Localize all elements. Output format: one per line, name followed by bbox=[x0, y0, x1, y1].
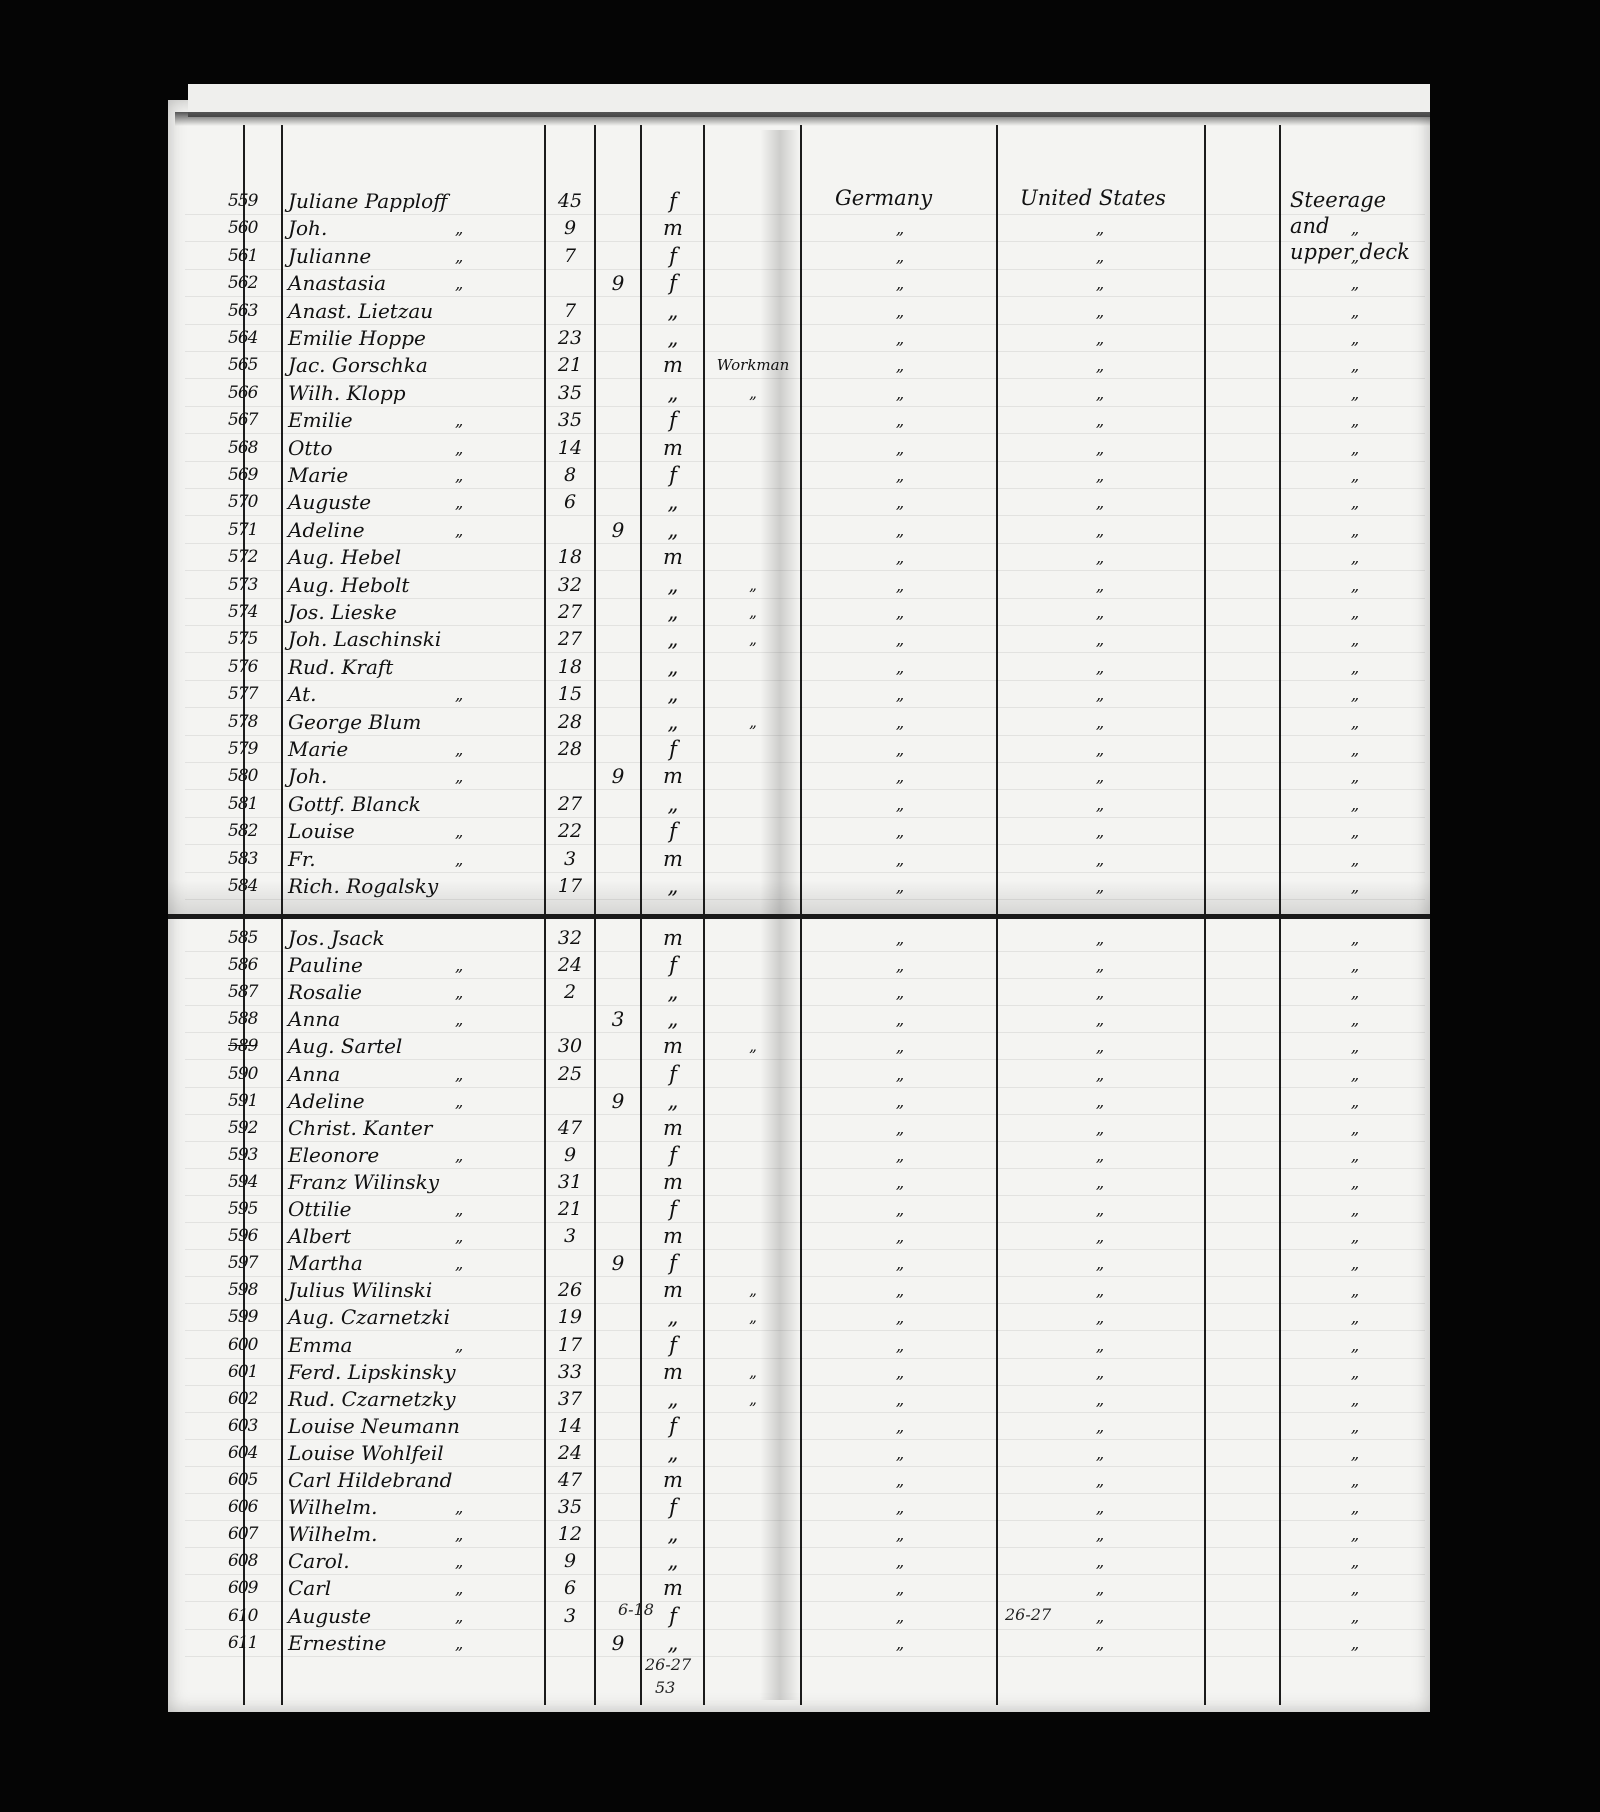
sex: f bbox=[645, 1494, 701, 1521]
cabin-ditto: „ bbox=[1285, 952, 1425, 979]
sex: „ bbox=[645, 517, 701, 544]
passenger-number: 607 bbox=[228, 1521, 280, 1548]
passenger-name: Juliane Papploff bbox=[288, 188, 538, 215]
sex: „ bbox=[645, 380, 701, 407]
occupation: „ bbox=[708, 599, 798, 626]
surname-ditto: „ bbox=[455, 1332, 475, 1359]
age-years: 19 bbox=[548, 1304, 592, 1331]
annotation-months-tally: 6-18 bbox=[618, 1600, 654, 1619]
manifest-row: 568Otto„14m„„„ bbox=[0, 435, 1600, 462]
destination-ditto: „ bbox=[1000, 352, 1200, 379]
passenger-number: 578 bbox=[228, 709, 280, 736]
age-years: 8 bbox=[548, 462, 592, 489]
passenger-number: 594 bbox=[228, 1169, 280, 1196]
destination-ditto: „ bbox=[1000, 979, 1200, 1006]
country-ditto: „ bbox=[805, 1033, 995, 1060]
passenger-number: 592 bbox=[228, 1115, 280, 1142]
passenger-name: Anna bbox=[288, 1061, 538, 1088]
cabin-ditto: „ bbox=[1285, 925, 1425, 952]
manifest-row: 591Adeline„9„„„„ bbox=[0, 1088, 1600, 1115]
country-ditto: „ bbox=[805, 352, 995, 379]
sex: „ bbox=[645, 654, 701, 681]
cabin-ditto: „ bbox=[1285, 352, 1425, 379]
destination-ditto: „ bbox=[1000, 380, 1200, 407]
cabin-ditto: „ bbox=[1285, 1169, 1425, 1196]
passenger-number: 608 bbox=[228, 1548, 280, 1575]
age-years: 14 bbox=[548, 1413, 592, 1440]
cabin-ditto: „ bbox=[1285, 1332, 1425, 1359]
destination-ditto: „ bbox=[1000, 736, 1200, 763]
manifest-row: 571Adeline„9„„„„ bbox=[0, 517, 1600, 544]
cabin-ditto: „ bbox=[1285, 709, 1425, 736]
age-years: 32 bbox=[548, 925, 592, 952]
passenger-name: Louise Wohlfeil bbox=[288, 1440, 538, 1467]
passenger-name: Adeline bbox=[288, 517, 538, 544]
surname-ditto: „ bbox=[455, 270, 475, 297]
sex: m bbox=[645, 1467, 701, 1494]
sex: „ bbox=[645, 325, 701, 352]
destination-ditto: „ bbox=[1000, 572, 1200, 599]
country-ditto: „ bbox=[805, 1630, 995, 1657]
country-ditto: „ bbox=[805, 736, 995, 763]
passenger-name: Rosalie bbox=[288, 979, 538, 1006]
destination-ditto: „ bbox=[1000, 1115, 1200, 1142]
manifest-row: 565Jac. Gorschka21mWorkman„„„ bbox=[0, 352, 1600, 379]
passenger-number: 580 bbox=[228, 763, 280, 790]
sex: „ bbox=[645, 1304, 701, 1331]
cabin-ditto: „ bbox=[1285, 1196, 1425, 1223]
manifest-row: 564Emilie Hoppe23„„„„ bbox=[0, 325, 1600, 352]
cabin-ditto: „ bbox=[1285, 979, 1425, 1006]
passenger-number: 568 bbox=[228, 435, 280, 462]
age-years: 31 bbox=[548, 1169, 592, 1196]
passenger-name: Louise Neumann bbox=[288, 1413, 538, 1440]
surname-ditto: „ bbox=[455, 1575, 475, 1602]
age-years: 25 bbox=[548, 1061, 592, 1088]
occupation: „ bbox=[708, 1277, 798, 1304]
sex: m bbox=[645, 1277, 701, 1304]
passenger-name: Aug. Hebolt bbox=[288, 572, 538, 599]
age-years: 26 bbox=[548, 1277, 592, 1304]
age-years: 47 bbox=[548, 1467, 592, 1494]
surname-ditto: „ bbox=[455, 517, 475, 544]
manifest-row: 595Ottilie„21f„„„ bbox=[0, 1196, 1600, 1223]
manifest-row: 608Carol.„9„„„„ bbox=[0, 1548, 1600, 1575]
manifest-row: 581Gottf. Blanck27„„„„ bbox=[0, 791, 1600, 818]
sex: „ bbox=[645, 791, 701, 818]
cabin-ditto: „ bbox=[1285, 1359, 1425, 1386]
age-years: 17 bbox=[548, 873, 592, 900]
country-ditto: „ bbox=[805, 1061, 995, 1088]
country-ditto: „ bbox=[805, 873, 995, 900]
cabin-ditto: „ bbox=[1285, 1521, 1425, 1548]
passenger-name: Emilie Hoppe bbox=[288, 325, 538, 352]
sex: f bbox=[645, 1196, 701, 1223]
country-ditto: „ bbox=[805, 1521, 995, 1548]
age-years: 21 bbox=[548, 1196, 592, 1223]
age-years: 15 bbox=[548, 681, 592, 708]
manifest-row: 597Martha„9f„„„ bbox=[0, 1250, 1600, 1277]
manifest-row: 610Auguste„3f„„„ bbox=[0, 1603, 1600, 1630]
destination-ditto: „ bbox=[1000, 626, 1200, 653]
destination-ditto: „ bbox=[1000, 517, 1200, 544]
manifest-row: 560Joh.„9m„„„ bbox=[0, 215, 1600, 242]
destination-ditto: „ bbox=[1000, 846, 1200, 873]
destination-ditto: „ bbox=[1000, 215, 1200, 242]
passenger-name: Aug. Sartel bbox=[288, 1033, 538, 1060]
age-years: 28 bbox=[548, 736, 592, 763]
passenger-number: 605 bbox=[228, 1467, 280, 1494]
passenger-number: 597 bbox=[228, 1250, 280, 1277]
surname-ditto: „ bbox=[455, 1223, 475, 1250]
passenger-name: Otto bbox=[288, 435, 538, 462]
passenger-number: 606 bbox=[228, 1494, 280, 1521]
passenger-number: 559 bbox=[228, 188, 280, 215]
country-ditto: „ bbox=[805, 215, 995, 242]
surname-ditto: „ bbox=[455, 681, 475, 708]
annotation-sex-tally-2: 53 bbox=[655, 1678, 675, 1697]
passenger-name: Joh. bbox=[288, 215, 538, 242]
destination-ditto: „ bbox=[1000, 1440, 1200, 1467]
surname-ditto: „ bbox=[455, 1061, 475, 1088]
cabin-ditto: „ bbox=[1285, 846, 1425, 873]
manifest-row: 574Jos. Lieske27„„„„„ bbox=[0, 599, 1600, 626]
sex: „ bbox=[645, 979, 701, 1006]
cabin-ditto: „ bbox=[1285, 435, 1425, 462]
passenger-number: 572 bbox=[228, 544, 280, 571]
country-ditto: „ bbox=[805, 979, 995, 1006]
sex: f bbox=[645, 1332, 701, 1359]
destination-ditto: „ bbox=[1000, 1630, 1200, 1657]
age-years: 18 bbox=[548, 654, 592, 681]
manifest-row: 567Emilie„35f„„„ bbox=[0, 407, 1600, 434]
passenger-number: 584 bbox=[228, 873, 280, 900]
country-ditto: „ bbox=[805, 517, 995, 544]
country-ditto: „ bbox=[805, 325, 995, 352]
annotation-sex-tally-1: 26-27 bbox=[645, 1655, 691, 1674]
destination-ditto: „ bbox=[1000, 270, 1200, 297]
page-top-shadow bbox=[175, 112, 1430, 126]
destination-ditto: „ bbox=[1000, 1548, 1200, 1575]
age-years: 24 bbox=[548, 952, 592, 979]
cabin-ditto: „ bbox=[1285, 1575, 1425, 1602]
cabin-ditto: „ bbox=[1285, 243, 1425, 270]
destination-ditto: „ bbox=[1000, 1142, 1200, 1169]
passenger-name: Adeline bbox=[288, 1088, 538, 1115]
cabin-ditto: „ bbox=[1285, 1548, 1425, 1575]
destination-ditto: „ bbox=[1000, 1332, 1200, 1359]
sex: m bbox=[645, 1223, 701, 1250]
destination-ditto: „ bbox=[1000, 1277, 1200, 1304]
passenger-name: Carl Hildebrand bbox=[288, 1467, 538, 1494]
age-months: 9 bbox=[598, 1250, 638, 1277]
cabin-ditto: „ bbox=[1285, 1386, 1425, 1413]
occupation: „ bbox=[708, 380, 798, 407]
manifest-row: 606Wilhelm.„35f„„„ bbox=[0, 1494, 1600, 1521]
destination-ditto: „ bbox=[1000, 1006, 1200, 1033]
cabin-ditto: „ bbox=[1285, 1115, 1425, 1142]
destination-ditto: „ bbox=[1000, 1467, 1200, 1494]
sex: m bbox=[645, 1359, 701, 1386]
passenger-name: Pauline bbox=[288, 952, 538, 979]
destination-ditto: „ bbox=[1000, 873, 1200, 900]
cabin-ditto: „ bbox=[1285, 681, 1425, 708]
age-years: 23 bbox=[548, 325, 592, 352]
passenger-number: 583 bbox=[228, 846, 280, 873]
occupation: „ bbox=[708, 1386, 798, 1413]
passenger-number: 589 bbox=[228, 1033, 280, 1060]
passenger-number: 602 bbox=[228, 1386, 280, 1413]
age-years: 7 bbox=[548, 298, 592, 325]
age-years: 27 bbox=[548, 626, 592, 653]
manifest-row: 573Aug. Hebolt32„„„„„ bbox=[0, 572, 1600, 599]
passenger-number: 581 bbox=[228, 791, 280, 818]
passenger-number: 610 bbox=[228, 1603, 280, 1630]
sex: f bbox=[645, 1061, 701, 1088]
passenger-name: Marie bbox=[288, 462, 538, 489]
surname-ditto: „ bbox=[455, 736, 475, 763]
destination-ditto: „ bbox=[1000, 952, 1200, 979]
sex: f bbox=[645, 736, 701, 763]
cabin-ditto: „ bbox=[1285, 763, 1425, 790]
country-ditto: „ bbox=[805, 818, 995, 845]
passenger-number: 599 bbox=[228, 1304, 280, 1331]
surname-ditto: „ bbox=[455, 952, 475, 979]
passenger-number: 595 bbox=[228, 1196, 280, 1223]
occupation: Workman bbox=[708, 352, 798, 379]
age-years: 2 bbox=[548, 979, 592, 1006]
age-years: 27 bbox=[548, 791, 592, 818]
country-ditto: „ bbox=[805, 1603, 995, 1630]
age-months: 9 bbox=[598, 270, 638, 297]
sex: m bbox=[645, 763, 701, 790]
age-months: 9 bbox=[598, 517, 638, 544]
surname-ditto: „ bbox=[455, 1521, 475, 1548]
passenger-name: Jos. Lieske bbox=[288, 599, 538, 626]
age-years: 35 bbox=[548, 380, 592, 407]
manifest-row: 575Joh. Laschinski27„„„„„ bbox=[0, 626, 1600, 653]
cabin-ditto: „ bbox=[1285, 1440, 1425, 1467]
manifest-row: 562Anastasia„9f„„„ bbox=[0, 270, 1600, 297]
passenger-name: At. bbox=[288, 681, 538, 708]
passenger-name: Franz Wilinsky bbox=[288, 1169, 538, 1196]
passenger-name: Wilh. Klopp bbox=[288, 380, 538, 407]
country-ditto: „ bbox=[805, 763, 995, 790]
destination-ditto: „ bbox=[1000, 1223, 1200, 1250]
surname-ditto: „ bbox=[455, 1196, 475, 1223]
sex: „ bbox=[645, 709, 701, 736]
cabin-ditto: „ bbox=[1285, 407, 1425, 434]
country-ditto: „ bbox=[805, 681, 995, 708]
destination-ditto: „ bbox=[1000, 407, 1200, 434]
passenger-number: 560 bbox=[228, 215, 280, 242]
manifest-row: 590Anna„25f„„„ bbox=[0, 1061, 1600, 1088]
cabin-ditto: „ bbox=[1285, 1006, 1425, 1033]
sex: f bbox=[645, 243, 701, 270]
manifest-row: 579Marie„28f„„„ bbox=[0, 736, 1600, 763]
destination-ditto: „ bbox=[1000, 1521, 1200, 1548]
manifest-row: 593Eleonore„9f„„„ bbox=[0, 1142, 1600, 1169]
sex: „ bbox=[645, 1088, 701, 1115]
sex: „ bbox=[645, 572, 701, 599]
cabin-ditto: „ bbox=[1285, 1603, 1425, 1630]
destination-ditto: „ bbox=[1000, 435, 1200, 462]
cabin-ditto: „ bbox=[1285, 599, 1425, 626]
passenger-number: 564 bbox=[228, 325, 280, 352]
sex: „ bbox=[645, 489, 701, 516]
destination-ditto: „ bbox=[1000, 489, 1200, 516]
age-years: 3 bbox=[548, 846, 592, 873]
cabin-ditto: „ bbox=[1285, 791, 1425, 818]
sex: m bbox=[645, 435, 701, 462]
passenger-name: Anastasia bbox=[288, 270, 538, 297]
manifest-row: 563Anast. Lietzau7„„„„ bbox=[0, 298, 1600, 325]
destination-ditto: „ bbox=[1000, 298, 1200, 325]
destination-ditto: „ bbox=[1000, 243, 1200, 270]
age-years: 47 bbox=[548, 1115, 592, 1142]
occupation: „ bbox=[708, 709, 798, 736]
manifest-row: 607Wilhelm.„12„„„„ bbox=[0, 1521, 1600, 1548]
country-ditto: „ bbox=[805, 462, 995, 489]
sex: „ bbox=[645, 1440, 701, 1467]
country-ditto: „ bbox=[805, 846, 995, 873]
passenger-name: Auguste bbox=[288, 1603, 538, 1630]
passenger-name: Marie bbox=[288, 736, 538, 763]
country-ditto: „ bbox=[805, 544, 995, 571]
age-years: 6 bbox=[548, 489, 592, 516]
age-years: 17 bbox=[548, 1332, 592, 1359]
cabin-ditto: „ bbox=[1285, 1250, 1425, 1277]
cabin-ditto: „ bbox=[1285, 736, 1425, 763]
surname-ditto: „ bbox=[455, 1006, 475, 1033]
passenger-number: 566 bbox=[228, 380, 280, 407]
occupation: „ bbox=[708, 1304, 798, 1331]
manifest-row: 588Anna„3„„„„ bbox=[0, 1006, 1600, 1033]
age-years: 22 bbox=[548, 818, 592, 845]
cabin-ditto: „ bbox=[1285, 215, 1425, 242]
destination-ditto: „ bbox=[1000, 1196, 1200, 1223]
cabin-ditto: „ bbox=[1285, 818, 1425, 845]
country-ditto: „ bbox=[805, 1250, 995, 1277]
sex: m bbox=[645, 352, 701, 379]
country-ditto: „ bbox=[805, 1575, 995, 1602]
passenger-name: Jos. Jsack bbox=[288, 925, 538, 952]
sex: f bbox=[645, 818, 701, 845]
ruled-line bbox=[185, 1656, 1425, 1657]
age-years: 12 bbox=[548, 1521, 592, 1548]
passenger-name: Carol. bbox=[288, 1548, 538, 1575]
age-years: 6 bbox=[548, 1575, 592, 1602]
sex: „ bbox=[645, 1386, 701, 1413]
destination-ditto: „ bbox=[1000, 1304, 1200, 1331]
age-years: 21 bbox=[548, 352, 592, 379]
manifest-row: 586Pauline„24f„„„ bbox=[0, 952, 1600, 979]
passenger-name: Carl bbox=[288, 1575, 538, 1602]
manifest-row: 594Franz Wilinsky31m„„„ bbox=[0, 1169, 1600, 1196]
age-years: 35 bbox=[548, 1494, 592, 1521]
country-ditto: „ bbox=[805, 298, 995, 325]
age-months: 3 bbox=[598, 1006, 638, 1033]
country-ditto: „ bbox=[805, 407, 995, 434]
country-ditto: „ bbox=[805, 1304, 995, 1331]
destination-ditto: „ bbox=[1000, 791, 1200, 818]
sex: „ bbox=[645, 681, 701, 708]
sex: „ bbox=[645, 599, 701, 626]
passenger-name: Wilhelm. bbox=[288, 1494, 538, 1521]
country-ditto: „ bbox=[805, 1440, 995, 1467]
passenger-number: 565 bbox=[228, 352, 280, 379]
age-years: 28 bbox=[548, 709, 592, 736]
sex: f bbox=[645, 270, 701, 297]
sex: m bbox=[645, 846, 701, 873]
passenger-name: Wilhelm. bbox=[288, 1521, 538, 1548]
age-years: 32 bbox=[548, 572, 592, 599]
cabin-ditto: „ bbox=[1285, 462, 1425, 489]
passenger-number: 587 bbox=[228, 979, 280, 1006]
cabin-ditto: „ bbox=[1285, 626, 1425, 653]
manifest-row: 585Jos. Jsack32m„„„ bbox=[0, 925, 1600, 952]
country-ditto: „ bbox=[805, 1088, 995, 1115]
manifest-row: 582Louise„22f„„„ bbox=[0, 818, 1600, 845]
surname-ditto: „ bbox=[455, 489, 475, 516]
sex: „ bbox=[645, 1521, 701, 1548]
destination-ditto: „ bbox=[1000, 681, 1200, 708]
passenger-name: Aug. Hebel bbox=[288, 544, 538, 571]
passenger-number: 582 bbox=[228, 818, 280, 845]
surname-ditto: „ bbox=[455, 763, 475, 790]
destination-ditto: „ bbox=[1000, 325, 1200, 352]
sex: „ bbox=[645, 1548, 701, 1575]
passenger-number: 570 bbox=[228, 489, 280, 516]
cabin-ditto: „ bbox=[1285, 1033, 1425, 1060]
passenger-name: Ernestine bbox=[288, 1630, 538, 1657]
passenger-name: Albert bbox=[288, 1223, 538, 1250]
country-ditto: „ bbox=[805, 952, 995, 979]
age-years: 9 bbox=[548, 1548, 592, 1575]
manifest-row: 602Rud. Czarnetzky37„„„„„ bbox=[0, 1386, 1600, 1413]
passenger-number: 593 bbox=[228, 1142, 280, 1169]
age-months: 9 bbox=[598, 763, 638, 790]
destination-ditto: „ bbox=[1000, 462, 1200, 489]
sex: f bbox=[645, 407, 701, 434]
sex: f bbox=[645, 462, 701, 489]
passenger-name: Louise bbox=[288, 818, 538, 845]
passenger-number: 575 bbox=[228, 626, 280, 653]
destination-ditto: „ bbox=[1000, 1386, 1200, 1413]
manifest-row: 570Auguste„6„„„„ bbox=[0, 489, 1600, 516]
surname-ditto: „ bbox=[455, 435, 475, 462]
cabin-ditto: „ bbox=[1285, 1413, 1425, 1440]
destination-ditto: „ bbox=[1000, 1250, 1200, 1277]
country-ditto: „ bbox=[805, 599, 995, 626]
manifest-row: 569Marie„8f„„„ bbox=[0, 462, 1600, 489]
passenger-number: 591 bbox=[228, 1088, 280, 1115]
destination-ditto: „ bbox=[1000, 763, 1200, 790]
sex: m bbox=[645, 1115, 701, 1142]
passenger-number: 563 bbox=[228, 298, 280, 325]
passenger-name: Eleonore bbox=[288, 1142, 538, 1169]
age-years: 9 bbox=[548, 215, 592, 242]
manifest-row: 566Wilh. Klopp35„„„„„ bbox=[0, 380, 1600, 407]
country-ditto: „ bbox=[805, 1169, 995, 1196]
passenger-name: Anast. Lietzau bbox=[288, 298, 538, 325]
passenger-name: Martha bbox=[288, 1250, 538, 1277]
age-years: 14 bbox=[548, 435, 592, 462]
passenger-name: Ottilie bbox=[288, 1196, 538, 1223]
page-fold-line bbox=[168, 914, 1430, 919]
cabin-ditto: „ bbox=[1285, 1467, 1425, 1494]
passenger-number: 609 bbox=[228, 1575, 280, 1602]
